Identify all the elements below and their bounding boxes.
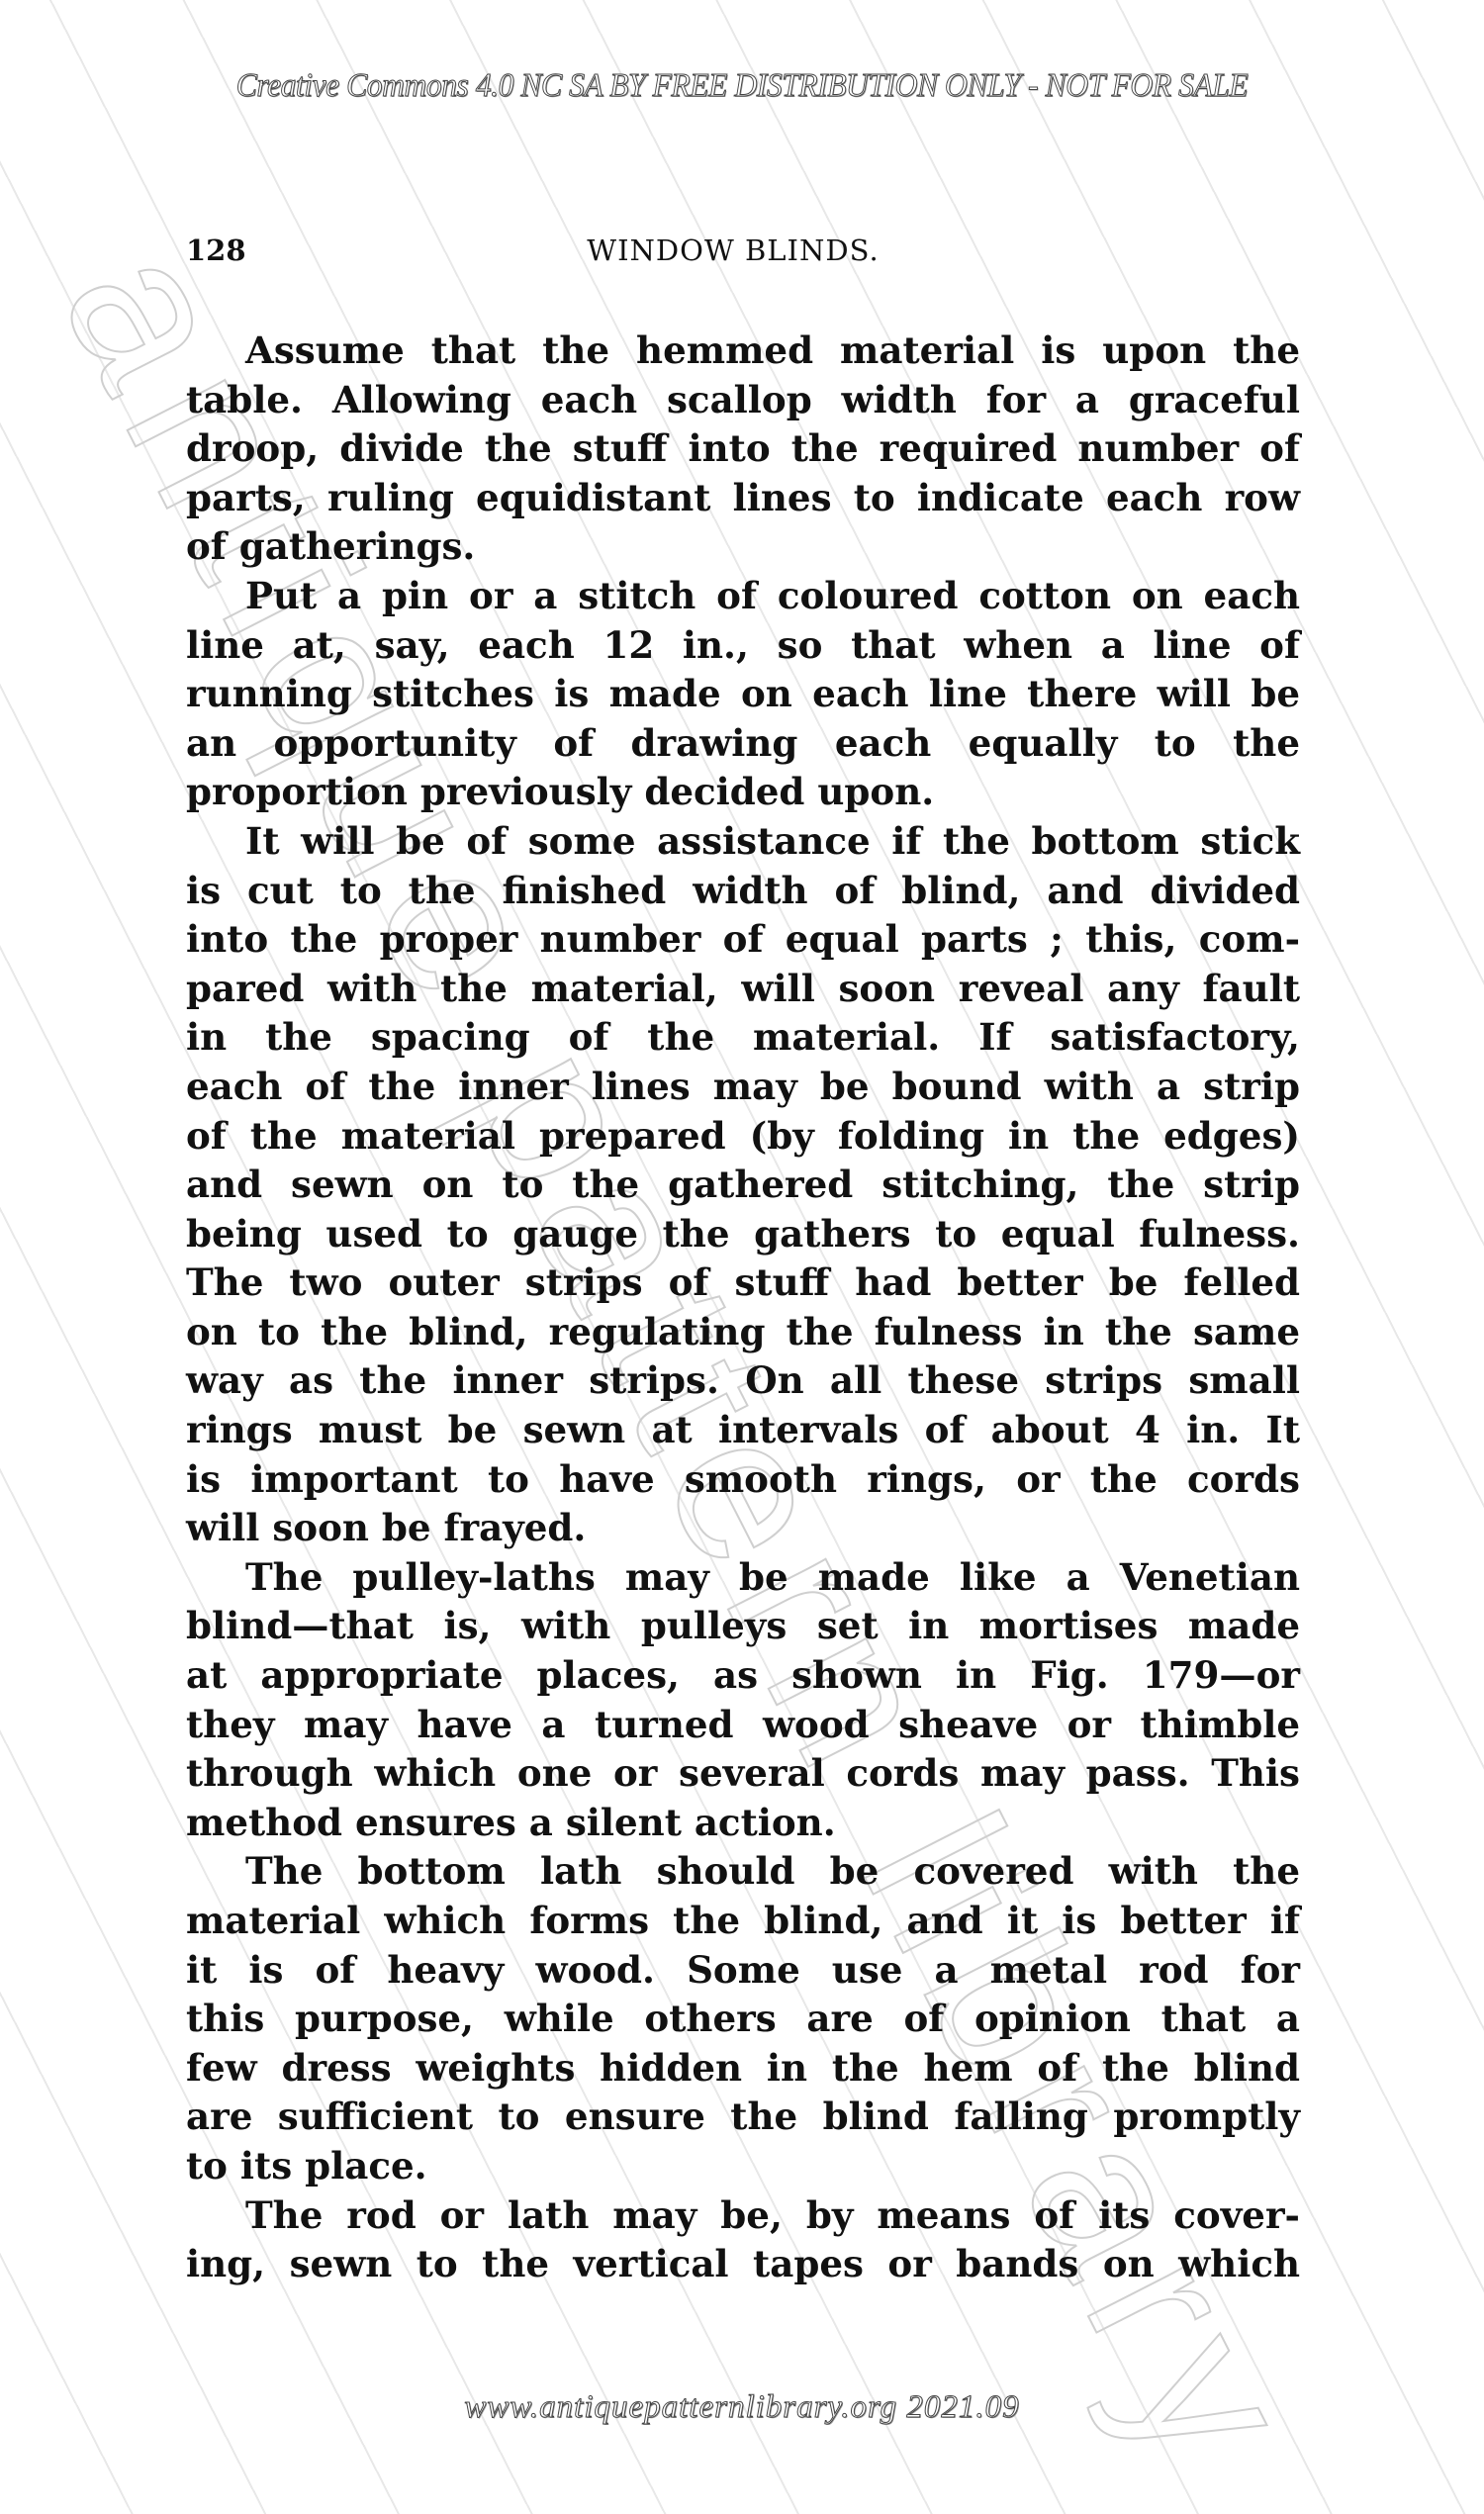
text-line: blind—that is, with pulleys set in morti… xyxy=(186,1602,1300,1651)
source-url-banner: www.antiquepatternlibrary.org 2021.09 xyxy=(0,2389,1484,2426)
text-line: Assume that the hemmed material is upon … xyxy=(186,326,1300,376)
text-line: is important to have smooth rings, or th… xyxy=(186,1455,1300,1505)
text-line: being used to gauge the gathers to equal… xyxy=(186,1210,1300,1259)
text-line: way as the inner strips. On all these st… xyxy=(186,1356,1300,1406)
text-line: in the spacing of the material. If satis… xyxy=(186,1013,1300,1063)
text-line: material which forms the blind, and it i… xyxy=(186,1897,1300,1946)
paragraph: Assume that the hemmed material is upon … xyxy=(186,326,1300,572)
text-line: parts, ruling equidistant lines to indic… xyxy=(186,474,1300,523)
text-line: each of the inner lines may be bound wit… xyxy=(186,1063,1300,1112)
text-line: droop, divide the stuff into the require… xyxy=(186,424,1300,474)
text-line: few dress weights hidden in the hem of t… xyxy=(186,2044,1300,2094)
text-line: The rod or lath may be, by means of its … xyxy=(186,2191,1300,2241)
text-line: method ensures a silent action. xyxy=(186,1799,1300,1848)
text-line: pared with the material, will soon revea… xyxy=(186,965,1300,1014)
text-line: and sewn on to the gathered stitching, t… xyxy=(186,1161,1300,1210)
running-title: WINDOW BLINDS. xyxy=(186,233,1280,267)
text-line: to its place. xyxy=(186,2142,1300,2191)
text-line: The bottom lath should be covered with t… xyxy=(186,1847,1300,1897)
text-line: line at, say, each 12 in., so that when … xyxy=(186,621,1300,671)
text-line: The pulley-laths may be made like a Vene… xyxy=(186,1553,1300,1603)
license-banner: Creative Commons 4.0 NC SA BY FREE DISTR… xyxy=(52,67,1433,105)
text-line: ing, sewn to the vertical tapes or bands… xyxy=(186,2240,1300,2289)
paragraph: The pulley-laths may be made like a Vene… xyxy=(186,1553,1300,1848)
text-line: at appropriate places, as shown in Fig. … xyxy=(186,1651,1300,1701)
text-line: on to the blind, regulating the fulness … xyxy=(186,1308,1300,1357)
text-line: an opportunity of drawing each equally t… xyxy=(186,719,1300,769)
text-line: It will be of some assistance if the bot… xyxy=(186,817,1300,867)
text-line: rings must be sewn at intervals of about… xyxy=(186,1406,1300,1455)
paragraph: Put a pin or a stitch of coloured cotton… xyxy=(186,572,1300,817)
text-line: of the material prepared (by folding in … xyxy=(186,1112,1300,1162)
text-line: into the proper number of equal parts ; … xyxy=(186,915,1300,965)
text-line: Put a pin or a stitch of coloured cotton… xyxy=(186,572,1300,621)
text-line: are sufficient to ensure the blind falli… xyxy=(186,2093,1300,2142)
paragraph: The bottom lath should be covered with t… xyxy=(186,1847,1300,2190)
text-line: proportion previously decided upon. xyxy=(186,768,1300,817)
text-line: this purpose, while others are of opinio… xyxy=(186,1995,1300,2044)
text-line: The two outer strips of stuff had better… xyxy=(186,1258,1300,1308)
text-line: it is of heavy wood. Some use a metal ro… xyxy=(186,1946,1300,1996)
text-line: through which one or several cords may p… xyxy=(186,1749,1300,1799)
text-line: they may have a turned wood sheave or th… xyxy=(186,1701,1300,1750)
text-line: running stitches is made on each line th… xyxy=(186,670,1300,719)
text-line: table. Allowing each scallop width for a… xyxy=(186,376,1300,425)
text-line: is cut to the finished width of blind, a… xyxy=(186,867,1300,916)
paragraph: The rod or lath may be, by means of its … xyxy=(186,2191,1300,2289)
page-header: 128 WINDOW BLINDS. xyxy=(186,233,1280,283)
text-line: will soon be frayed. xyxy=(186,1504,1300,1553)
paragraph: It will be of some assistance if the bot… xyxy=(186,817,1300,1553)
text-line: of gatherings. xyxy=(186,522,1300,572)
body-text: Assume that the hemmed material is upon … xyxy=(186,326,1300,2289)
